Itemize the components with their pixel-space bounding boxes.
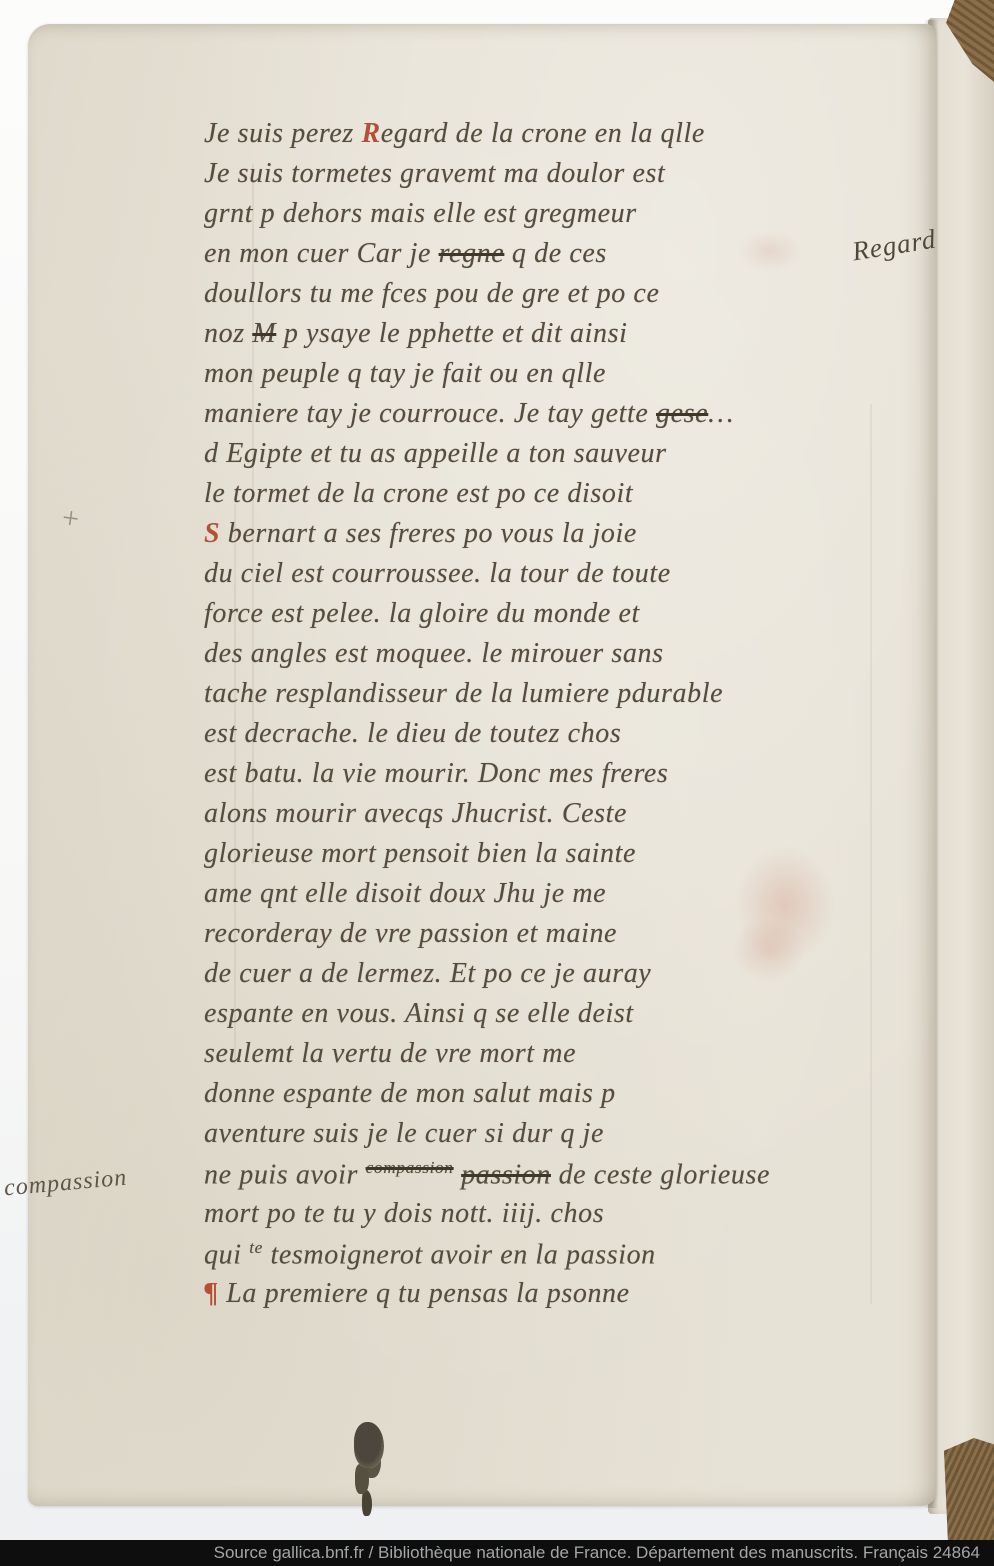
text-segment: Je suis tormetes gravemt ma doulor est	[204, 158, 665, 189]
text-segment: mort po te tu y dois nott. iiij. chos	[204, 1198, 604, 1229]
struck-word: passion	[461, 1159, 551, 1190]
text-segment: doullors tu me fces pou de gre et po ce	[204, 278, 660, 309]
struck-word: compassion	[366, 1158, 454, 1177]
text-segment: alons mourir avecqs Jhucrist. Ceste	[204, 798, 627, 829]
text-segment: donne espante de mon salut mais p	[204, 1078, 616, 1109]
text-segment: R	[361, 118, 380, 149]
text-segment: La premiere q tu pensas la psonne	[226, 1278, 629, 1309]
manuscript-text-line: Je suis perez Regard de la crone en la q…	[204, 118, 864, 158]
struck-word: gese	[656, 398, 708, 429]
text-segment: egard de la crone en la qlle	[381, 118, 705, 149]
text-segment: d Egipte et tu as appeille a ton sauveur	[204, 438, 667, 469]
text-segment: est decrache. le dieu de toutez chos	[204, 718, 621, 749]
manuscript-text-line: noz M p ysaye le pphette et dit ainsi	[204, 318, 864, 358]
manuscript-text-line: ne puis avoir compassion passion de cest…	[204, 1158, 864, 1198]
text-segment: bernart a ses freres po vous la joie	[220, 518, 637, 549]
source-caption-text: Source gallica.bnf.fr / Bibliothèque nat…	[214, 1543, 980, 1562]
binding-leather-bottom	[944, 1438, 994, 1544]
source-caption-bar: Source gallica.bnf.fr / Bibliothèque nat…	[0, 1540, 994, 1566]
text-segment: ame qnt elle disoit doux Jhu je me	[204, 878, 606, 909]
manuscript-text-line: ame qnt elle disoit doux Jhu je me	[204, 878, 864, 918]
manuscript-text-line: des angles est moquee. le mirouer sans	[204, 638, 864, 678]
text-segment: recorderay de vre passion et maine	[204, 918, 617, 949]
manuscript-text-line: maniere tay je courrouce. Je tay gette g…	[204, 398, 864, 438]
manuscript-text-line: est decrache. le dieu de toutez chos	[204, 718, 864, 758]
text-segment: S	[204, 518, 220, 549]
text-segment: tesmoignerot avoir en la passion	[263, 1239, 656, 1270]
text-segment: de cuer a de lermez. Et po ce je auray	[204, 958, 651, 989]
struck-word: M	[252, 318, 276, 349]
manuscript-text-line: glorieuse mort pensoit bien la sainte	[204, 838, 864, 878]
text-segment: des angles est moquee. le mirouer sans	[204, 638, 664, 669]
text-segment: p ysaye le pphette et dit ainsi	[276, 318, 627, 349]
struck-word: regne	[439, 238, 505, 269]
text-segment: de ceste glorieuse	[551, 1159, 770, 1190]
text-segment: seulemt la vertu de vre mort me	[204, 1038, 576, 1069]
manuscript-text-line: donne espante de mon salut mais p	[204, 1078, 864, 1118]
manuscript-text-line: force est pelee. la gloire du monde et	[204, 598, 864, 638]
manuscript-text-line: qui te tesmoignerot avoir en la passion	[204, 1238, 864, 1278]
text-segment: q de ces	[504, 238, 607, 269]
text-segment: aventure suis je le cuer si dur q je	[204, 1118, 604, 1149]
manuscript-text-line: Je suis tormetes gravemt ma doulor est	[204, 158, 864, 198]
manuscript-text-line: en mon cuer Car je regne q de ces	[204, 238, 864, 278]
manuscript-text-line: espante en vous. Ainsi q se elle deist	[204, 998, 864, 1038]
manuscript-text-line: ¶ La premiere q tu pensas la psonne	[204, 1278, 864, 1318]
text-segment: qui	[204, 1239, 249, 1270]
text-segment: noz	[204, 318, 252, 349]
manuscript-text-line: mon peuple q tay je fait ou en qlle	[204, 358, 864, 398]
manuscript-text-line: seulemt la vertu de vre mort me	[204, 1038, 864, 1078]
text-segment: est batu. la vie mourir. Donc mes freres	[204, 758, 668, 789]
text-segment: grnt p dehors mais elle est gregmeur	[204, 198, 637, 229]
manuscript-text-line: du ciel est courroussee. la tour de tout…	[204, 558, 864, 598]
text-segment: glorieuse mort pensoit bien la sainte	[204, 838, 636, 869]
text-segment: en mon cuer Car je	[204, 238, 439, 269]
ink-blot	[354, 1422, 384, 1468]
text-segment: maniere tay je courrouce. Je tay gette	[204, 398, 656, 429]
text-segment: te	[249, 1238, 263, 1257]
manuscript-text-line: grnt p dehors mais elle est gregmeur	[204, 198, 864, 238]
manuscript-text-line: recorderay de vre passion et maine	[204, 918, 864, 958]
manuscript-text-block: Je suis perez Regard de la crone en la q…	[204, 118, 864, 1318]
manuscript-text-line: aventure suis je le cuer si dur q je	[204, 1118, 864, 1158]
text-segment: force est pelee. la gloire du monde et	[204, 598, 640, 629]
text-segment: Je suis perez	[204, 118, 361, 149]
manuscript-text-line: S bernart a ses freres po vous la joie	[204, 518, 864, 558]
manuscript-text-line: mort po te tu y dois nott. iiij. chos	[204, 1198, 864, 1238]
text-segment: espante en vous. Ainsi q se elle deist	[204, 998, 634, 1029]
text-segment: mon peuple q tay je fait ou en qlle	[204, 358, 606, 389]
text-segment: du ciel est courroussee. la tour de tout…	[204, 558, 671, 589]
text-segment: tache resplandisseur de la lumiere pdura…	[204, 678, 723, 709]
manuscript-text-line: alons mourir avecqs Jhucrist. Ceste	[204, 798, 864, 838]
manuscript-text-line: est batu. la vie mourir. Donc mes freres	[204, 758, 864, 798]
text-segment: ne puis avoir	[204, 1159, 366, 1190]
manuscript-text-line: doullors tu me fces pou de gre et po ce	[204, 278, 864, 318]
manuscript-text-line: tache resplandisseur de la lumiere pdura…	[204, 678, 864, 718]
manuscript-text-line: d Egipte et tu as appeille a ton sauveur	[204, 438, 864, 478]
text-segment: …	[708, 398, 734, 429]
gallica-scan: { "caption_bar": { "text": "Source galli…	[0, 0, 994, 1566]
text-segment: ¶	[204, 1278, 226, 1309]
text-segment: le tormet de la crone est po ce disoit	[204, 478, 633, 509]
ruling-line	[870, 404, 872, 1304]
manuscript-text-line: le tormet de la crone est po ce disoit	[204, 478, 864, 518]
manuscript-text-line: de cuer a de lermez. Et po ce je auray	[204, 958, 864, 998]
